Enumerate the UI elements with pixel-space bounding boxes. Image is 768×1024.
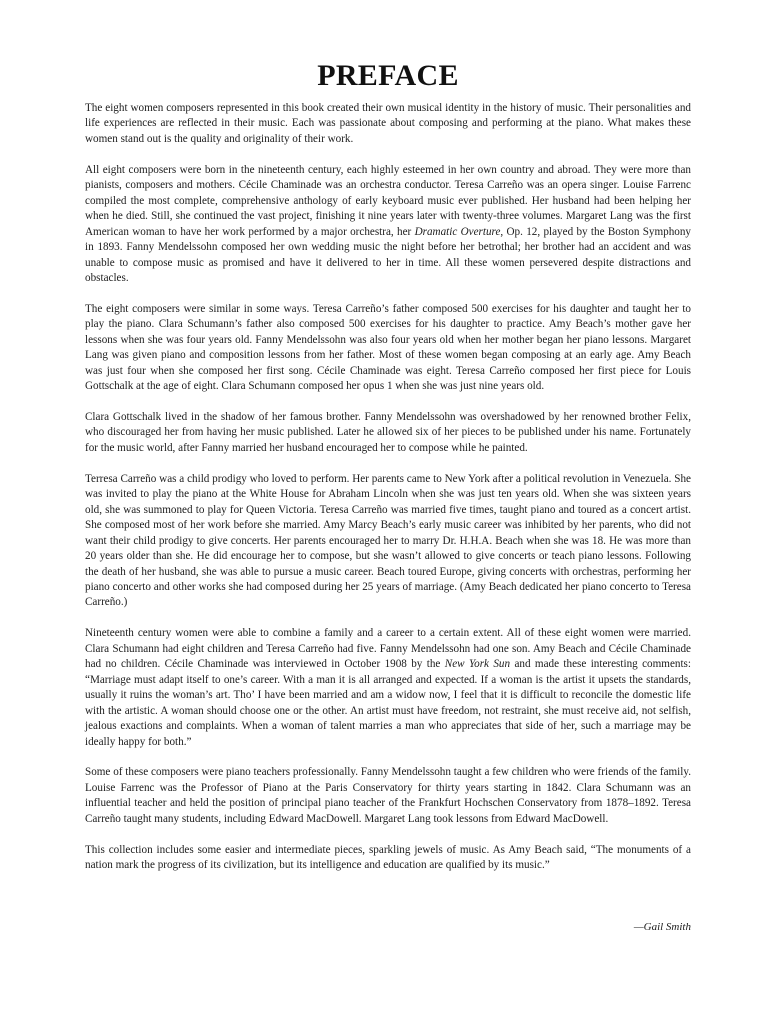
paragraph-text: Terresa Carreño was a child prodigy who … [85,473,691,609]
paragraph-text: The eight composers were similar in some… [85,303,691,392]
paragraph-text: Some of these composers were piano teach… [85,766,691,824]
paragraph-collection: This collection includes some easier and… [85,843,691,874]
paragraph-teachers: Some of these composers were piano teach… [85,765,691,827]
paragraph-nineteenth-century: All eight composers were born in the nin… [85,163,691,287]
paragraph-intro: The eight women composers represented in… [85,101,691,147]
preface-body: The eight women composers represented in… [85,101,691,889]
author-signature: —Gail Smith [634,921,691,933]
paragraph-similarities: The eight composers were similar in some… [85,302,691,395]
paragraph-text: and made these interesting comments: “Ma… [85,658,691,747]
paragraph-text: The eight women composers represented in… [85,102,691,145]
newspaper-title-italic: New York Sun [445,658,510,670]
paragraph-carreno-beach: Terresa Carreño was a child prodigy who … [85,472,691,611]
work-title-italic: Dramatic Overture [415,226,501,238]
paragraph-family-career: Nineteenth century women were able to co… [85,626,691,750]
page-title: PREFACE [85,59,691,93]
paragraph-text: This collection includes some easier and… [85,844,691,871]
paragraph-brothers: Clara Gottschalk lived in the shadow of … [85,410,691,456]
paragraph-text: Clara Gottschalk lived in the shadow of … [85,411,691,454]
